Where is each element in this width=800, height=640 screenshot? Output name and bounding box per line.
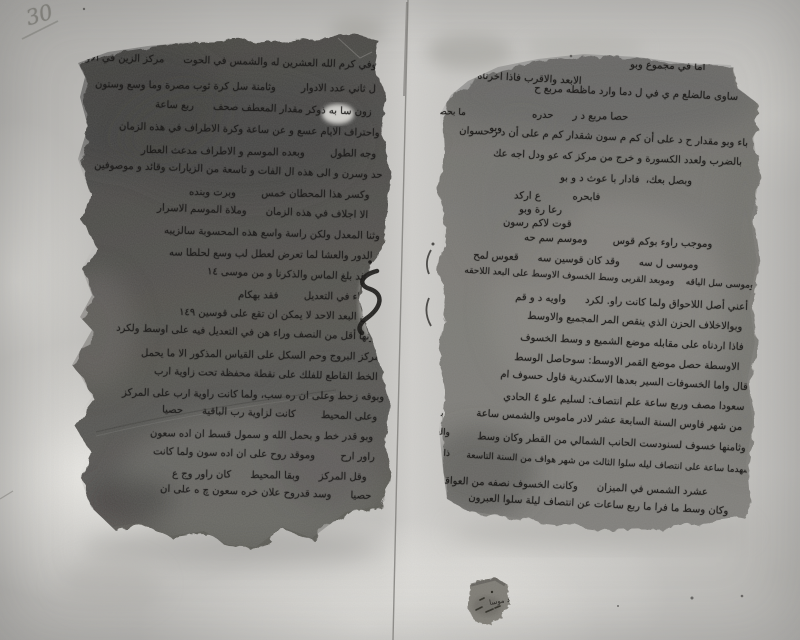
left-page-text-line: الا اجلاف في هذه الزمان وملاة الموسم الا… <box>157 203 368 221</box>
left-page-text-line: راور ارح وموقد روح على ان اده سون ولما ك… <box>153 446 375 463</box>
left-page-text-line: وجه الطول وبعده الموسم و الاطراف مدعث ال… <box>141 145 376 160</box>
left-page-text-line: حد وسرن و الى هذه ال الفات و تاسعة من ال… <box>94 160 383 181</box>
right-page-text-line: وبوالاخلاف الحزن الذي ينقص المر المجميع … <box>527 311 743 333</box>
right-page-text-line: باء وبو مقدار ح د على أن كم م سون شقدار … <box>459 125 748 149</box>
right-page-text-line: رعا رة وبو <box>519 204 562 216</box>
right-page-text-line: فاذا اردناه على مقابله موضع الشميع و وسط… <box>520 332 744 353</box>
right-page-text-line: الاوسطة حصل موضع القمر الاوسط: سوحاصل ال… <box>514 352 740 373</box>
right-page-text-line: من شهر فاوس السنة السابعة عشر لادر ماموس… <box>476 408 742 433</box>
left-page-text-line: لكونها أقل من النصف وراء هن في التعديل ف… <box>116 323 383 343</box>
left-page-text-line: مركز البروج وحم السكل على القياس المذكور… <box>141 348 380 363</box>
left-page-text-line: ل ثاني عدد الادوار وثامنة سل كرة ثوب مصر… <box>95 79 376 95</box>
right-page-text-line: سعودا مصف وربع ساعة علم انتصاف: لسليم عل… <box>503 391 745 413</box>
right-page-text-line: حصا مربع د ر حدره <box>532 109 629 123</box>
left-page-text-line: وعلى المحيط كانت لزاوية رب الباقية حصيا <box>162 404 377 423</box>
left-page-text-line: وثنا المعدل ولكن راسة واسع هذه المحسوبة … <box>164 225 380 242</box>
right-page-text-line: أعني أصل اللاحواق ولما كانت راو. لكرد وا… <box>515 292 748 313</box>
left-page-text-line: وقد بلغ الماس والذكرنا و من موسى ١٤ <box>207 266 370 283</box>
manuscript-photo: بوفي كرم الله العشرين له والشمس في الحوت… <box>0 0 800 640</box>
left-page-text-line: الدور والعشا لما تعرض لعطل لب وسع لحلطا … <box>169 247 373 262</box>
right-page-text-line: وثامنها خسوف لسنودست الحانب الشمالي من ا… <box>477 431 746 454</box>
left-page-text-line: وكسر هذا المحطان خمس وبرت وبنده <box>189 187 370 201</box>
right-page-text-line: وموجب راوء بوكم قوس وموسم سم حه <box>524 232 713 250</box>
right-page-text-line: وبصل بعك، فادار با عوث د و بو <box>560 173 692 187</box>
right-page-text-line: ساوى مالضلع م ي في ل دما وارد ماظطه مربع… <box>534 83 738 103</box>
left-page-text-line: من البعد الاحد لا يمكن ان تقع على قوسين … <box>179 307 373 323</box>
left-page-text-line: بوفي كرم الله العشرين له والشمس في الحوت… <box>74 52 380 71</box>
right-page-text-line: فابحره ع اركد <box>514 190 601 203</box>
right-page-text-line: بالضرب ولعدد الكسورة و خرج من مركز كه عو… <box>493 148 742 168</box>
left-page-text-line: وبوقه زحط وعلى ان ره سب، ولما كانت راوية… <box>122 387 384 403</box>
left-page-text-line: بناء في التعديل فقد بهكام <box>238 290 366 303</box>
left-page-text-line: وقل المركز وبقا المحيط كان راور وج ع <box>172 469 367 483</box>
left-page-text-line: الخط القاطع للفلك على نقطة محفظة تحت زاو… <box>154 366 378 383</box>
right-page-text-line: قوت لاكم رسون <box>503 217 572 230</box>
right-page-text-line: مسهدما ساعة على انتصاف ليله سلوا الثالث … <box>466 451 756 476</box>
right-page-text-line: قال واما الخسوفات السير بعدها الاسكندرية… <box>500 369 748 393</box>
left-page-text-line: وبو قدر خط و بحمل الله و سمول قسط ان اده… <box>150 428 373 443</box>
left-page-text-line: حصيا وسد قدروح علان خره سعون چ ه على ان <box>160 484 372 502</box>
right-page-text-line: وموسى سل الياقه وموبعد القربى وسط الخسوف… <box>464 266 755 291</box>
left-page-text-line: زون سا به ذوكر مقدار المعطف صحف ربع ساعة <box>155 99 372 118</box>
left-page-text-line: واحتراف الايام عسع و عن ساعة وكرة الاطرا… <box>119 121 380 139</box>
